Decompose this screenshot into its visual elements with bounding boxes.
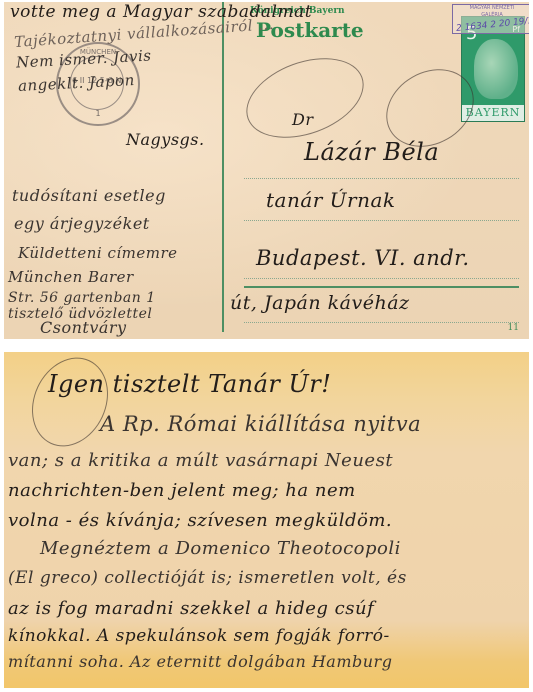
handwritten-line: Küldetteni címemre <box>18 244 178 262</box>
message-line: kínokkal. A spekulánsok sem fogják forró… <box>8 626 390 646</box>
address-name: Lázár Béla <box>304 138 439 166</box>
salutation: Igen tisztelt Tanár Úr! <box>48 370 331 398</box>
address-underline <box>244 286 519 288</box>
message-line: (El greco) collectióját is; ismeretlen v… <box>8 568 407 588</box>
flourish-stroke <box>235 43 374 152</box>
address-city: Budapest. VI. andr. <box>256 246 470 270</box>
postcard-divider-line <box>222 2 224 332</box>
stamp-portrait-icon <box>474 39 518 99</box>
address-street: út, Japán kávéház <box>230 292 410 314</box>
handwritten-line: Str. 56 gartenban 1 <box>8 290 156 306</box>
handwritten-line: tudósítani esetleg <box>12 186 166 205</box>
message-line: volna - és kívánja; szívesen megküldöm. <box>8 510 392 531</box>
handwritten-line: egy árjegyzéket <box>14 214 150 233</box>
gallery-stamp-line: MAGYAR NEMZETI <box>453 5 529 12</box>
message-line: nachrichten-ben jelent meg; ha nem <box>8 480 356 501</box>
address-role: tanár Úrnak <box>266 188 396 212</box>
address-rule <box>244 220 519 221</box>
message-line: van; s a kritika a múlt vasárnapi Neuest <box>8 450 393 471</box>
card-number: 11 <box>508 323 519 333</box>
message-line: mítanni soha. Az eternitt dolgában Hambu… <box>8 652 392 671</box>
message-line: A Rp. Római kiállítása nyitva <box>100 412 421 436</box>
flourish-stroke <box>18 352 122 459</box>
postcard-back: Igen tisztelt Tanár Úr! A Rp. Római kiál… <box>4 352 529 688</box>
message-line: Megnéztem a Domenico Theotocopoli <box>40 538 401 559</box>
address-rule <box>244 322 519 323</box>
address-rule <box>244 278 519 279</box>
address-rule <box>244 178 519 179</box>
signature: Csontváry <box>40 318 127 337</box>
message-line: az is fog maradni szekkel a hideg csúf <box>8 598 374 619</box>
postmark-number: 1 <box>58 109 138 118</box>
handwritten-line: München Barer <box>8 268 134 286</box>
postcard-front: Königreich Bayern Postkarte MÜNCHEN 6 II… <box>4 2 529 339</box>
address-title: Dr <box>292 110 313 129</box>
handwritten-line: Nagysgs. <box>126 130 205 149</box>
